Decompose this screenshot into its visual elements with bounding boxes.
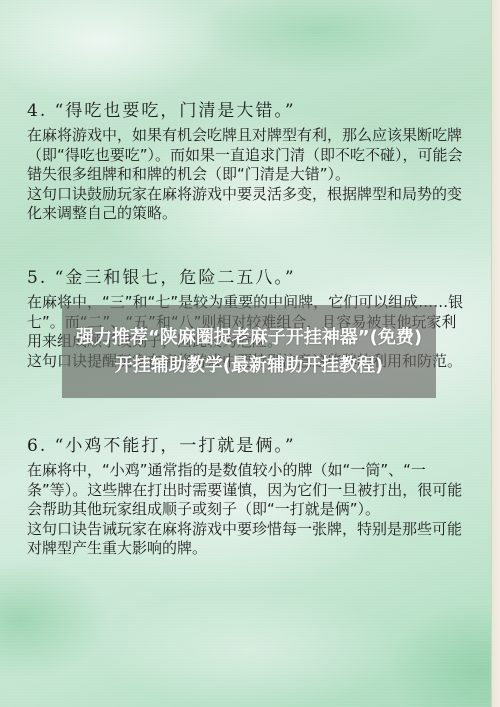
promo-overlay-banner: 强力推荐“陕麻圈捉老麻子开挂神器”(免费)开挂辅助教学(最新辅助开挂教程) [62, 305, 436, 398]
section-4: 4. “得吃也要吃，门清是大错。” 在麻将游戏中，如果有机会吃牌且对牌型有利，那… [27, 100, 467, 224]
paper-edge [491, 0, 500, 707]
section-paragraph: 在麻将游戏中，如果有机会吃牌且对牌型有利，那么应该果断吃牌（即“得吃也要吃”）。… [27, 126, 467, 185]
section-title: 6. “小鸡不能打，一打就是俩。” [27, 435, 467, 457]
section-title: 5. “金三和银七，危险二五八。” [27, 267, 467, 289]
section-paragraph: 这句口诀告诫玩家在麻将游戏中要珍惜每一张牌，特别是那些可能对牌型产生重大影响的牌… [27, 520, 467, 559]
promo-overlay-text: 强力推荐“陕麻圈捉老麻子开挂神器”(免费)开挂辅助教学(最新辅助开挂教程) [62, 324, 436, 380]
section-title: 4. “得吃也要吃，门清是大错。” [27, 100, 467, 122]
section-6: 6. “小鸡不能打，一打就是俩。” 在麻将中，“小鸡”通常指的是数值较小的牌（如… [27, 435, 467, 559]
section-paragraph: 在麻将中，“小鸡”通常指的是数值较小的牌（如“一筒”、“一条”等）。这些牌在打出… [27, 461, 467, 520]
section-paragraph: 这句口诀鼓励玩家在麻将游戏中要灵活多变，根据牌型和局势的变化来调整自己的策略。 [27, 185, 467, 224]
